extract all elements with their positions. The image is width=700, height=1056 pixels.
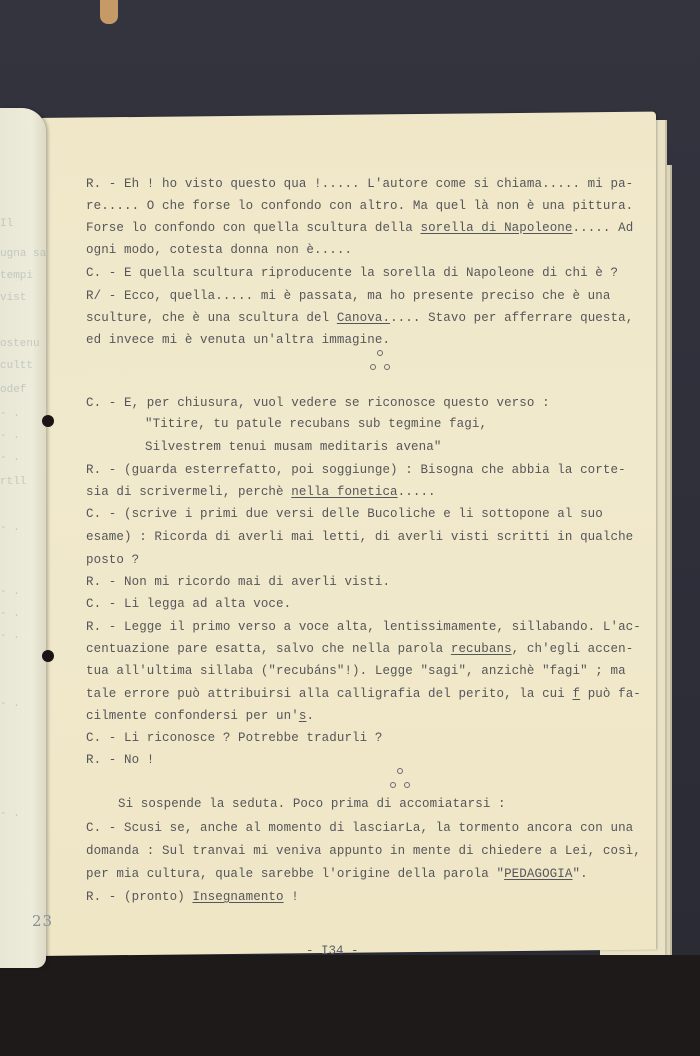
bleed-through-text: - . [0, 630, 46, 642]
text-segment: tale errore può attribuirsi alla calligr… [86, 687, 572, 701]
text-segment: ogni modo, cotesta donna non è..... [86, 243, 352, 257]
typed-line: sculture, che è una scultura del Canova.… [86, 312, 633, 325]
previous-page-curl: Il ugna sa tempi vist ostenu cultt odef … [0, 108, 46, 968]
text-segment: cilmente confondersi per un' [86, 709, 299, 723]
text-segment: R/ - Ecco, quella..... mi è passata, ma … [86, 289, 610, 303]
typed-line: C. - Scusi se, anche al momento di lasci… [86, 822, 633, 835]
text-segment: R. - Eh ! ho visto questo qua !..... L'a… [86, 177, 633, 191]
bleed-through-text: vist [0, 292, 46, 304]
text-segment: R. - (pronto) [86, 890, 192, 904]
underlined-text: Canova. [337, 311, 390, 325]
text-segment: posto ? [86, 553, 139, 567]
typed-line: esame) : Ricorda di averli mai letti, di… [86, 531, 633, 544]
text-segment: ". [573, 867, 588, 881]
circle-glyph [390, 782, 396, 788]
text-segment: sculture, che è una scultura del [86, 311, 337, 325]
bleed-through-text: ostenu [0, 338, 46, 350]
text-segment: Silvestrem tenui musam meditaris avena" [145, 440, 441, 454]
underlined-text: sorella di Napoleone [420, 221, 572, 235]
typed-line: R. - (pronto) Insegnamento ! [86, 891, 299, 904]
bleed-through-text: - . [0, 430, 46, 442]
table-surface [0, 955, 700, 1056]
text-segment: re..... O che forse lo confondo con altr… [86, 199, 633, 213]
text-segment: , ch'egli accen- [512, 642, 634, 656]
text-segment: Forse lo confondo con quella scultura de… [86, 221, 420, 235]
bleed-through-text: - . [0, 698, 46, 710]
text-segment: Si sospende la seduta. Poco prima di acc… [118, 797, 506, 811]
typed-line: ed invece mi è venuta un'altra immagine. [86, 334, 390, 347]
circle-glyph [384, 364, 390, 370]
text-segment: ! [284, 890, 299, 904]
page-number: - I34 - [306, 944, 359, 958]
bleed-through-text: tempi [0, 270, 46, 282]
text-segment: tua all'ultima sillaba ("recubáns"!). Le… [86, 664, 626, 678]
typed-line: R. - Eh ! ho visto questo qua !..... L'a… [86, 178, 633, 191]
text-segment: domanda : Sul tranvai mi veniva appunto … [86, 844, 641, 858]
handwritten-folio-number: 23 [32, 912, 53, 930]
bleed-through-text: - . [0, 522, 46, 534]
typed-line: sia di scrivermeli, perchè nella fonetic… [86, 486, 436, 499]
typed-line: Silvestrem tenui musam meditaris avena" [145, 441, 441, 454]
bleed-through-text: rtll [0, 476, 46, 488]
text-segment: R. - Non mi ricordo mai di averli visti. [86, 575, 390, 589]
typed-line: "Titire, tu patule recubans sub tegmine … [145, 418, 487, 431]
typed-line: tale errore può attribuirsi alla calligr… [86, 688, 641, 701]
typed-line: ogni modo, cotesta donna non è..... [86, 244, 352, 257]
typed-line: Forse lo confondo con quella scultura de… [86, 222, 633, 235]
typed-line: domanda : Sul tranvai mi veniva appunto … [86, 845, 641, 858]
bleed-through-text: - . [0, 608, 46, 620]
text-segment: . [306, 709, 314, 723]
typed-line: C. - Li riconosce ? Potrebbe tradurli ? [86, 732, 382, 745]
underlined-text: nella fonetica [291, 485, 397, 499]
typed-line: centuazione pare esatta, salvo che nella… [86, 643, 633, 656]
typed-line: C. - Li legga ad alta voce. [86, 598, 291, 611]
circle-glyph [397, 768, 403, 774]
bleed-through-text: Il [0, 218, 46, 230]
triple-circle-separator [365, 350, 395, 374]
underlined-text: f [572, 687, 580, 701]
typed-line: tua all'ultima sillaba ("recubáns"!). Le… [86, 665, 626, 678]
underlined-text: recubans [451, 642, 512, 656]
bleed-through-text: - . [0, 808, 46, 820]
text-segment: centuazione pare esatta, salvo che nella… [86, 642, 451, 656]
typed-line: re..... O che forse lo confondo con altr… [86, 200, 633, 213]
text-segment: R. - No ! [86, 753, 154, 767]
text-segment: può fa- [580, 687, 641, 701]
text-segment: per mia cultura, quale sarebbe l'origine… [86, 867, 504, 881]
bleed-through-text: - . [0, 408, 46, 420]
text-segment: ..... Ad [573, 221, 634, 235]
typed-line: R/ - Ecco, quella..... mi è passata, ma … [86, 290, 610, 303]
triple-circle-separator [385, 768, 415, 792]
text-segment: sia di scrivermeli, perchè [86, 485, 291, 499]
text-segment: C. - E, per chiusura, vuol vedere se ric… [86, 396, 550, 410]
text-segment: esame) : Ricorda di averli mai letti, di… [86, 530, 633, 544]
text-segment: C. - Li riconosce ? Potrebbe tradurli ? [86, 731, 382, 745]
bleed-through-text: odef [0, 384, 46, 396]
bleed-through-text: cultt [0, 360, 46, 372]
circle-glyph [404, 782, 410, 788]
text-segment: "Titire, tu patule recubans sub tegmine … [145, 417, 487, 431]
typed-line: C. - E quella scultura riproducente la s… [86, 267, 618, 280]
text-segment: R. - (guarda esterrefatto, poi soggiunge… [86, 463, 626, 477]
typed-line: R. - Legge il primo verso a voce alta, l… [86, 621, 641, 634]
text-segment: ed invece mi è venuta un'altra immagine. [86, 333, 390, 347]
text-segment: C. - Scusi se, anche al momento di lasci… [86, 821, 633, 835]
text-segment: C. - Li legga ad alta voce. [86, 597, 291, 611]
bleed-through-text: - . [0, 452, 46, 464]
circle-glyph [377, 350, 383, 356]
typed-line: R. - (guarda esterrefatto, poi soggiunge… [86, 464, 626, 477]
bleed-through-text: - . [0, 586, 46, 598]
text-segment: R. - Legge il primo verso a voce alta, l… [86, 620, 641, 634]
typed-line: cilmente confondersi per un's. [86, 710, 314, 723]
binder-peg [100, 0, 118, 24]
typed-line: posto ? [86, 554, 139, 567]
typed-line: C. - E, per chiusura, vuol vedere se ric… [86, 397, 550, 410]
underlined-text: Insegnamento [192, 890, 283, 904]
typed-line: R. - Non mi ricordo mai di averli visti. [86, 576, 390, 589]
text-segment: C. - (scrive i primi due versi delle Buc… [86, 507, 603, 521]
typed-line: C. - (scrive i primi due versi delle Buc… [86, 508, 603, 521]
bleed-through-text: ugna sa [0, 248, 46, 260]
typed-line: per mia cultura, quale sarebbe l'origine… [86, 868, 588, 881]
punch-hole [42, 650, 54, 662]
punch-hole [42, 415, 54, 427]
text-segment: .... Stavo per afferrare questa, [390, 311, 633, 325]
underlined-text: PEDAGOGIA [504, 867, 572, 881]
circle-glyph [370, 364, 376, 370]
typed-line: R. - No ! [86, 754, 154, 767]
text-segment: C. - E quella scultura riproducente la s… [86, 266, 618, 280]
typed-line: Si sospende la seduta. Poco prima di acc… [118, 798, 506, 811]
text-segment: ..... [398, 485, 436, 499]
